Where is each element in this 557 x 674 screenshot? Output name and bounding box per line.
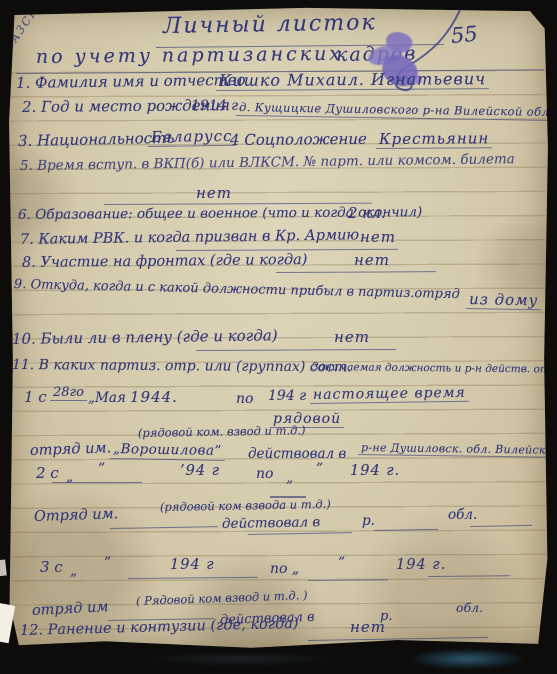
entry-2-quote-4: ” <box>316 462 323 476</box>
field-6-value: 2 кл. <box>348 206 386 221</box>
field-11-label-2: Занимаемая должность и р-н действ. отр. <box>312 362 557 375</box>
entry-2-po: по <box>256 467 273 481</box>
entry-1-hint: (рядовой ком. взвод и т.д.) <box>138 425 306 439</box>
field-12-blank-line <box>308 637 488 641</box>
squad-2-oblast: обл. <box>448 509 477 523</box>
field-5-value: нет <box>196 186 232 201</box>
entry-1-to: настоящее время <box>310 386 469 404</box>
field-2-year: 1914 г. <box>191 99 243 113</box>
entry-2-hint: (рядовой ком взвода и т.д.) <box>160 499 331 513</box>
entry-3-quote-2: ” <box>104 556 111 570</box>
entry-1-from-month: „Мая <box>88 392 126 406</box>
entry-3-quote-4: ” <box>338 556 345 570</box>
field-10-value: нет <box>334 330 370 345</box>
squad-1-name: „Ворошилова” <box>110 443 225 461</box>
document-title: Личный листок <box>163 12 377 38</box>
field-9-value: из дому <box>466 292 542 310</box>
field-10-blank-line <box>196 349 396 351</box>
entry-1-to-year: 194 г <box>268 389 306 403</box>
field-2-place: д. Кущицкие Душиловского р-на Вилейской … <box>236 102 556 121</box>
squad-3-oblast: обл. <box>456 602 483 615</box>
entry-3-quote-1: „ <box>70 564 77 578</box>
entry-3-line-3 <box>428 575 510 577</box>
entry-3-po: по „ <box>270 562 299 576</box>
squad-1-acted: действовал в <box>248 448 346 462</box>
entry-1-number: 1 с <box>24 390 47 405</box>
entry-1-from-day: 28го <box>50 386 87 401</box>
entry-2-from-line <box>52 482 142 483</box>
squad-1-region: р-не Душиловск. обл. Вилейск. <box>358 442 553 458</box>
document-subtitle-left: по учету партизанских <box>36 45 343 67</box>
field-1-label: 1. Фамилия имя и отчество <box>16 73 246 91</box>
squad-1-label: отряд им. <box>30 441 112 458</box>
squad-2-line-2 <box>248 532 352 535</box>
paper-sheet: 186А3СН 55 Личный листок по учету партиз… <box>8 6 549 649</box>
scan-backing-sliver-2 <box>0 560 7 577</box>
entry-2-quote-3: „ <box>286 471 293 485</box>
scan-backing-sliver <box>0 603 15 644</box>
field-5-label: 5. Время вступ. в ВКП(б) или ВЛКСМ. № па… <box>20 153 515 173</box>
bottom-edge-smudge <box>110 650 370 668</box>
entry-1-from-year: 1944. <box>130 390 178 405</box>
squad-3-label: отряд им <box>32 600 109 618</box>
squad-2-name-line <box>110 526 218 529</box>
scanned-document-page: 186А3СН 55 Личный листок по учету партиз… <box>0 0 557 674</box>
entry-1-po: по <box>236 392 253 406</box>
squad-2-label: Отряд им. <box>34 507 119 524</box>
entry-2-number: 2 с <box>36 466 59 481</box>
squad-2-acted: действовал в <box>222 516 320 531</box>
field-8-label: 8. Участие на фронтах (где и когда) <box>22 253 308 270</box>
field-7-label: 7. Каким РВК. и когда призван в Кр. Арми… <box>20 228 359 247</box>
field-7-value: нет <box>360 230 396 245</box>
field-10-label: 10. Были ли в плену (где и когда) <box>12 328 278 347</box>
field-9-label: 9. Откуда, когда и с какой должности при… <box>14 278 460 301</box>
squad-2-district: р. <box>362 515 375 529</box>
squad-2-line-4 <box>470 525 532 527</box>
field-4-value: Крестьянин <box>376 131 492 149</box>
pen-flourish-stroke <box>348 6 478 111</box>
field-8-value: нет <box>354 253 390 268</box>
entry-2-quote-2: ” <box>98 462 105 476</box>
field-1-value: Кишко Михаил. Игнатьевич <box>216 71 489 91</box>
field-12-label: 12. Ранение и контузии (где, когда) <box>20 617 299 639</box>
field-3-value: Беларусс <box>148 129 236 147</box>
corner-archive-mark: 186А3СН <box>0 4 41 67</box>
entry-3-hint: ( Рядовой ком взвод и т.д. ) <box>136 590 308 607</box>
entry-3-number: 3 с <box>40 560 63 575</box>
bottom-ink-stain <box>392 646 542 672</box>
squad-2-line-3 <box>374 529 438 531</box>
entry-2-from-year: ’94 г <box>180 464 220 479</box>
field-4-label: 4 Соцположение <box>230 132 367 148</box>
field-12-value: нет <box>350 620 386 635</box>
field-11-label: 11. В каких партиз. отр. или (группах) с… <box>12 358 352 374</box>
entry-2-to-year: 194 г. <box>350 464 400 479</box>
field-8-blank-line <box>276 271 436 273</box>
entry-3-from-year: 194 г <box>170 558 215 573</box>
entry-3-line-1 <box>128 577 258 579</box>
entry-3-line-2 <box>308 579 388 581</box>
entry-3-to-year: 194 г. <box>396 558 446 573</box>
